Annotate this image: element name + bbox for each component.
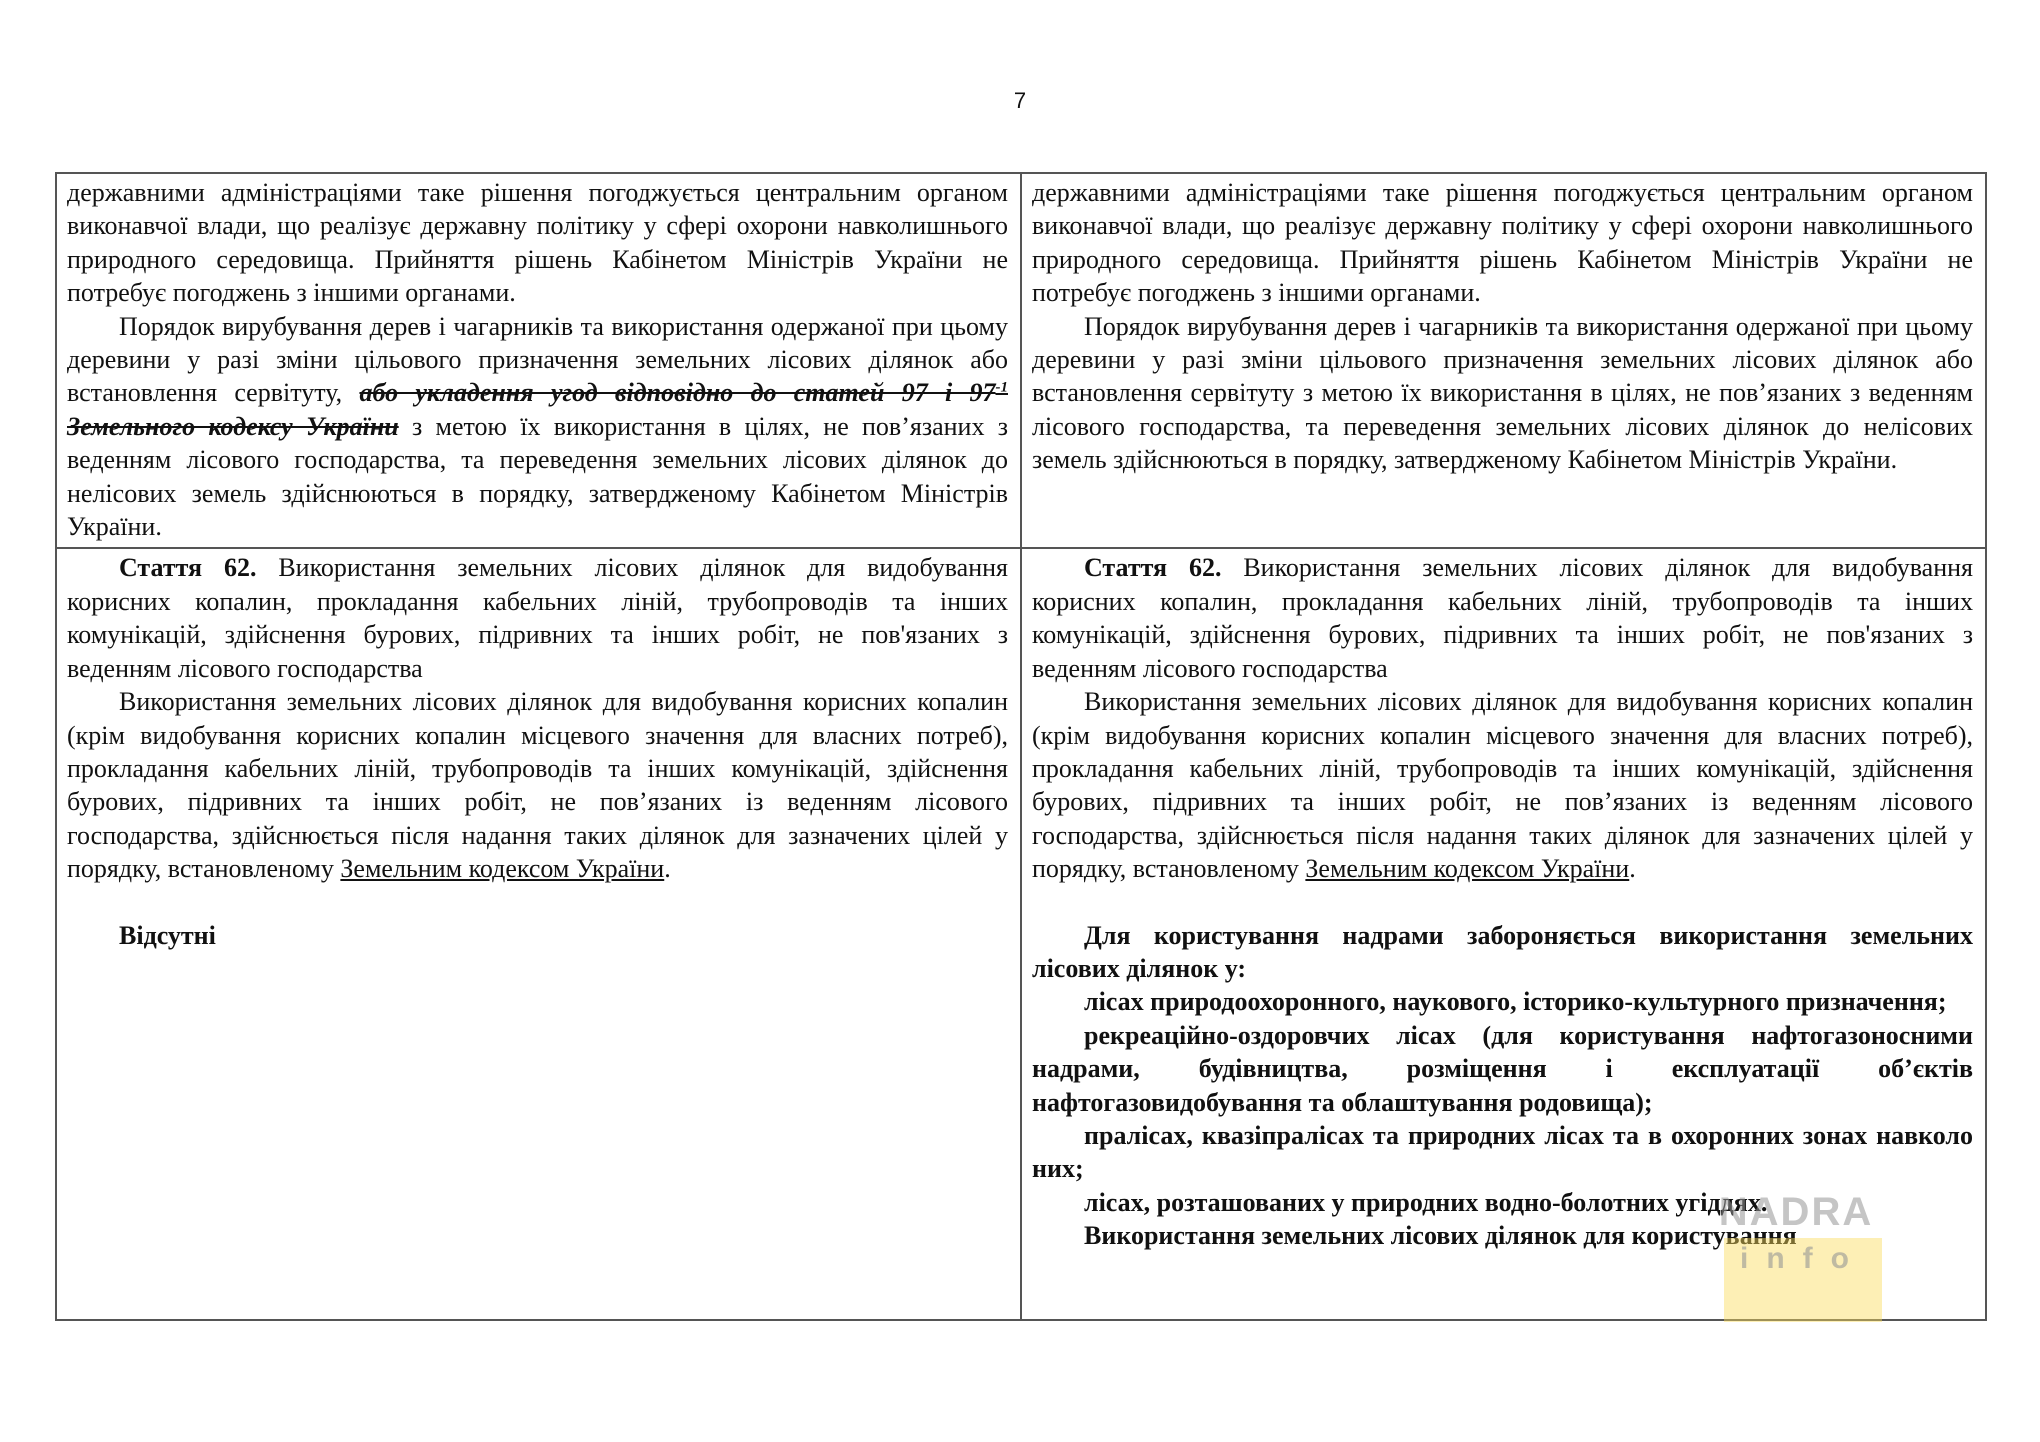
superscript: -1: [996, 380, 1009, 396]
proposed-version-cell: Стаття 62. Використання земельних лісови…: [1021, 548, 1986, 1320]
comparison-table: державними адміністраціями таке рішення …: [55, 172, 1987, 1321]
article-label: Стаття 62.: [1084, 553, 1221, 582]
article-label: Стаття 62.: [119, 553, 256, 582]
article-heading: Стаття 62. Використання земельних лісови…: [1032, 551, 1973, 685]
current-version-cell: державними адміністраціями таке рішення …: [56, 173, 1021, 548]
article-heading: Стаття 62. Використання земельних лісови…: [67, 551, 1008, 685]
deleted-text-part: або укладення угод відповідно до статей …: [359, 378, 995, 407]
text-span: .: [664, 854, 671, 883]
paragraph: Порядок вирубування дерев і чагарників т…: [1032, 310, 1973, 477]
proposed-version-cell: державними адміністраціями таке рішення …: [1021, 173, 1986, 548]
new-provision-paragraph: Для користування надрами забороняється в…: [1032, 919, 1973, 986]
new-provision-item: лісах, розташованих у природних водно-бо…: [1032, 1186, 1973, 1219]
land-code-link[interactable]: Земельним кодексом України: [340, 854, 664, 883]
table-row: державними адміністраціями таке рішення …: [56, 173, 1986, 548]
spacer: [1032, 886, 1973, 919]
paragraph: державними адміністраціями таке рішення …: [67, 176, 1008, 310]
land-code-link[interactable]: Земельним кодексом України: [1305, 854, 1629, 883]
absent-note: Відсутні: [67, 919, 1008, 952]
paragraph: державними адміністраціями таке рішення …: [1032, 176, 1973, 310]
deleted-text-part: Земельного кодексу України: [67, 412, 399, 441]
new-provision-item: пралісах, квазіпралісах та природних ліс…: [1032, 1119, 1973, 1186]
paragraph: Використання земельних лісових ділянок д…: [67, 685, 1008, 885]
paragraph: Використання земельних лісових ділянок д…: [1032, 685, 1973, 885]
paragraph: Порядок вирубування дерев і чагарників т…: [67, 310, 1008, 544]
current-version-cell: Стаття 62. Використання земельних лісови…: [56, 548, 1021, 1320]
text-span: .: [1629, 854, 1636, 883]
new-provision-paragraph: Використання земельних лісових ділянок д…: [1032, 1219, 1973, 1252]
new-provision-item: лісах природоохоронного, наукового, істо…: [1032, 985, 1973, 1018]
page-number: 7: [1000, 88, 1040, 114]
new-provision-item: рекреаційно-оздоровчих лісах (для корист…: [1032, 1019, 1973, 1119]
table-row: Стаття 62. Використання земельних лісови…: [56, 548, 1986, 1320]
